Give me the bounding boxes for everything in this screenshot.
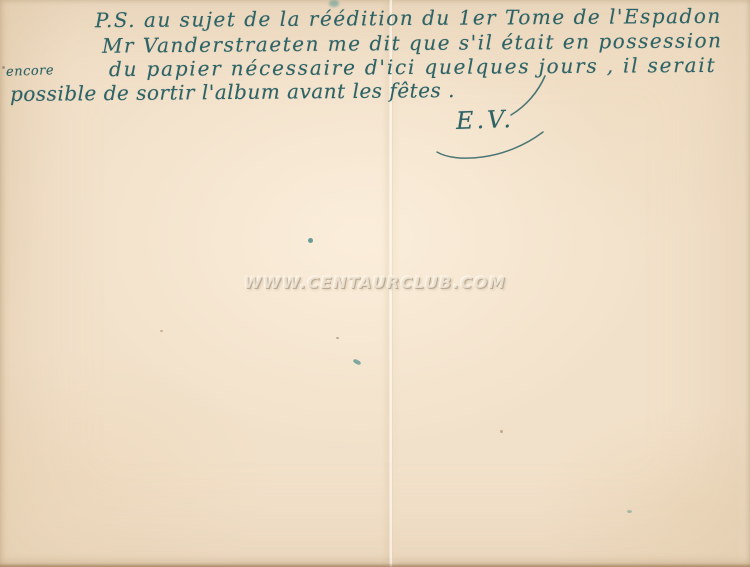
paper-speck	[336, 337, 339, 339]
paper-speck	[160, 330, 163, 332]
ink-speck	[353, 358, 362, 365]
handwritten-line-3: du papier nécessaire d'ici quelques jour…	[109, 53, 717, 81]
ink-speck	[308, 238, 313, 243]
ink-speck	[627, 510, 632, 513]
paper-speck	[500, 430, 503, 433]
paper-speck	[2, 66, 5, 69]
handwritten-insertion-encore: encore	[6, 63, 55, 80]
handwritten-line-4: possible de sortir l'album avant les fêt…	[10, 78, 455, 106]
watermark-text: WWW.CENTAURCLUB.COM	[0, 273, 750, 292]
signature-flourish	[425, 70, 565, 165]
paper-edge-shadow	[0, 563, 750, 567]
letter-scan: P.S. au sujet de la réédition du 1er Tom…	[0, 0, 750, 567]
ink-speck	[329, 0, 339, 7]
handwritten-line-1: P.S. au sujet de la réédition du 1er Tom…	[95, 4, 722, 32]
